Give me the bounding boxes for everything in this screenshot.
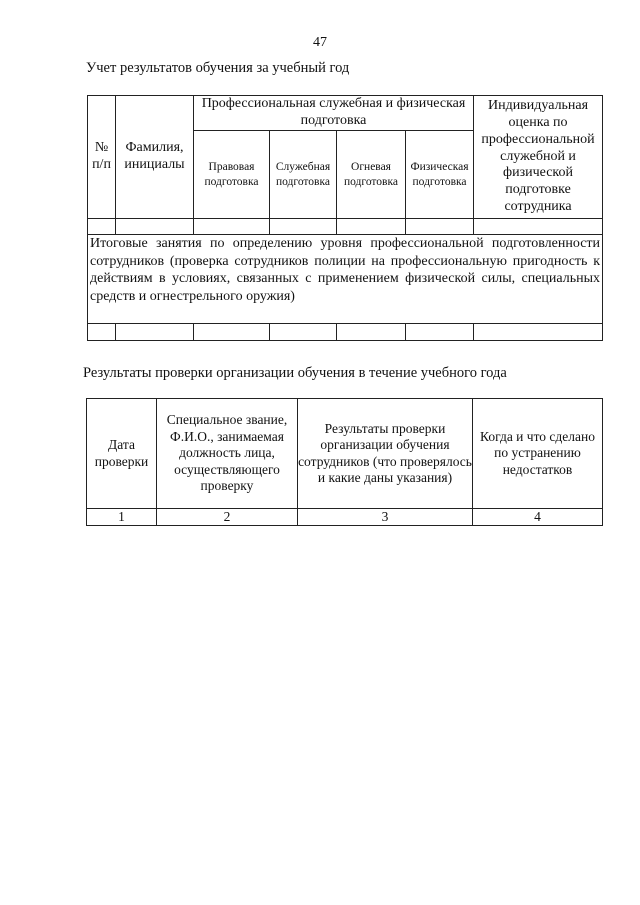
cell: [337, 219, 406, 235]
training-results-table: № п/п Фамилия, инициалы Профессиональная…: [87, 95, 603, 341]
table-row-empty: [88, 324, 603, 341]
cell: [337, 324, 406, 341]
group-header-professional-training: Профессиональная служебная и физическая …: [194, 96, 474, 131]
column-number: 4: [473, 509, 603, 526]
table-row-empty: [88, 219, 603, 235]
cell: [406, 324, 474, 341]
column-header-corrective-actions: Когда и что сделано по устранению недост…: [473, 399, 603, 509]
column-header-firearms: Огневая подготовка: [337, 131, 406, 219]
column-number: 1: [87, 509, 157, 526]
cell: [194, 219, 270, 235]
column-header-date: Дата проверки: [87, 399, 157, 509]
cell: [88, 219, 116, 235]
column-number: 2: [157, 509, 298, 526]
section-title-training-results: Учет результатов обучения за учебный год: [86, 60, 349, 77]
cell: [474, 324, 603, 341]
column-header-legal: Правовая подготовка: [194, 131, 270, 219]
cell: [194, 324, 270, 341]
page-number: 47: [0, 35, 640, 51]
final-assessment-row: Итоговые занятия по определению уровня п…: [88, 235, 603, 324]
column-header-inspector: Специальное звание, Ф.И.О., занимаемая д…: [157, 399, 298, 509]
cell: [88, 324, 116, 341]
cell: [270, 219, 337, 235]
column-header-physical: Физическая подготовка: [406, 131, 474, 219]
column-header-service: Служебная подготовка: [270, 131, 337, 219]
column-header-name: Фамилия, инициалы: [116, 96, 194, 219]
cell: [270, 324, 337, 341]
cell: [116, 324, 194, 341]
column-header-results: Результаты проверки организации обучения…: [298, 399, 473, 509]
column-numbers-row: 1 2 3 4: [87, 509, 603, 526]
column-header-individual-assessment: Индивидуальная оценка по профессионально…: [474, 96, 603, 219]
cell: [474, 219, 603, 235]
column-number: 3: [298, 509, 473, 526]
cell: [116, 219, 194, 235]
section-title-inspection-results: Результаты проверки организации обучения…: [83, 365, 507, 382]
column-header-number: № п/п: [88, 96, 116, 219]
inspection-results-table: Дата проверки Специальное звание, Ф.И.О.…: [86, 398, 603, 526]
cell: [406, 219, 474, 235]
